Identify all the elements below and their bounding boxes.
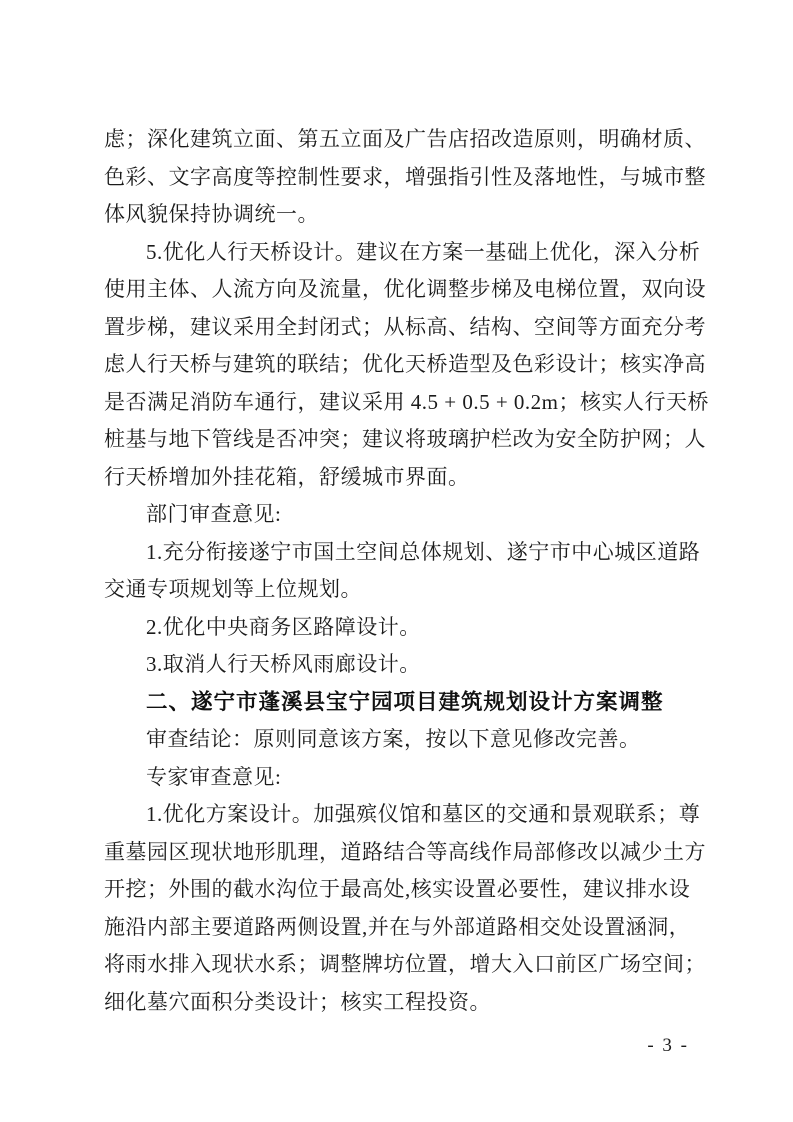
document-line: 色彩、文字高度等控制性要求，增强指引性及落地性，与城市整 (104, 159, 704, 197)
document-line: 5.优化人行天桥设计。建议在方案一基础上优化，深入分析 (104, 234, 704, 272)
document-line: 3.取消人行天桥风雨廊设计。 (104, 646, 704, 684)
document-line: 使用主体、人流方向及流量，优化调整步梯及电梯位置，双向设 (104, 271, 704, 309)
document-line: 体风貌保持协调统一。 (104, 196, 704, 234)
document-line: 部门审查意见: (104, 496, 704, 534)
document-line: 施沿内部主要道路两侧设置,并在与外部道路相交处设置涵洞， (104, 909, 704, 947)
document-text-block: 虑；深化建筑立面、第五立面及广告店招改造原则，明确材质、色彩、文字高度等控制性要… (104, 121, 704, 1021)
document-line: 重墓园区现状地形肌理，道路结合等高线作局部修改以减少土方 (104, 834, 704, 872)
document-line: 将雨水排入现状水系；调整牌坊位置，增大入口前区广场空间； (104, 946, 704, 984)
document-page: 虑；深化建筑立面、第五立面及广告店招改造原则，明确材质、色彩、文字高度等控制性要… (0, 0, 793, 1122)
page-number: - 3 - (647, 1033, 689, 1059)
document-line: 行天桥增加外挂花箱，舒缓城市界面。 (104, 459, 704, 497)
document-line: 虑人行天桥与建筑的联结；优化天桥造型及色彩设计；核实净高 (104, 346, 704, 384)
document-line: 交通专项规划等上位规划。 (104, 571, 704, 609)
document-line: 专家审查意见: (104, 759, 704, 797)
document-line: 是否满足消防车通行，建议采用 4.5 + 0.5 + 0.2m；核实人行天桥 (104, 384, 704, 422)
document-line: 置步梯，建议采用全封闭式；从标高、结构、空间等方面充分考 (104, 309, 704, 347)
document-line: 审查结论：原则同意该方案，按以下意见修改完善。 (104, 721, 704, 759)
document-line: 1.充分衔接遂宁市国土空间总体规划、遂宁市中心城区道路 (104, 534, 704, 572)
document-line: 1.优化方案设计。加强殡仪馆和墓区的交通和景观联系；尊 (104, 796, 704, 834)
document-line: 虑；深化建筑立面、第五立面及广告店招改造原则，明确材质、 (104, 121, 704, 159)
document-line: 桩基与地下管线是否冲突；建议将玻璃护栏改为安全防护网；人 (104, 421, 704, 459)
document-line: 细化墓穴面积分类设计；核实工程投资。 (104, 984, 704, 1022)
document-line: 2.优化中央商务区路障设计。 (104, 609, 704, 647)
section-heading: 二、遂宁市蓬溪县宝宁园项目建筑规划设计方案调整 (104, 684, 704, 722)
document-line: 开挖；外围的截水沟位于最高处,核实设置必要性，建议排水设 (104, 871, 704, 909)
